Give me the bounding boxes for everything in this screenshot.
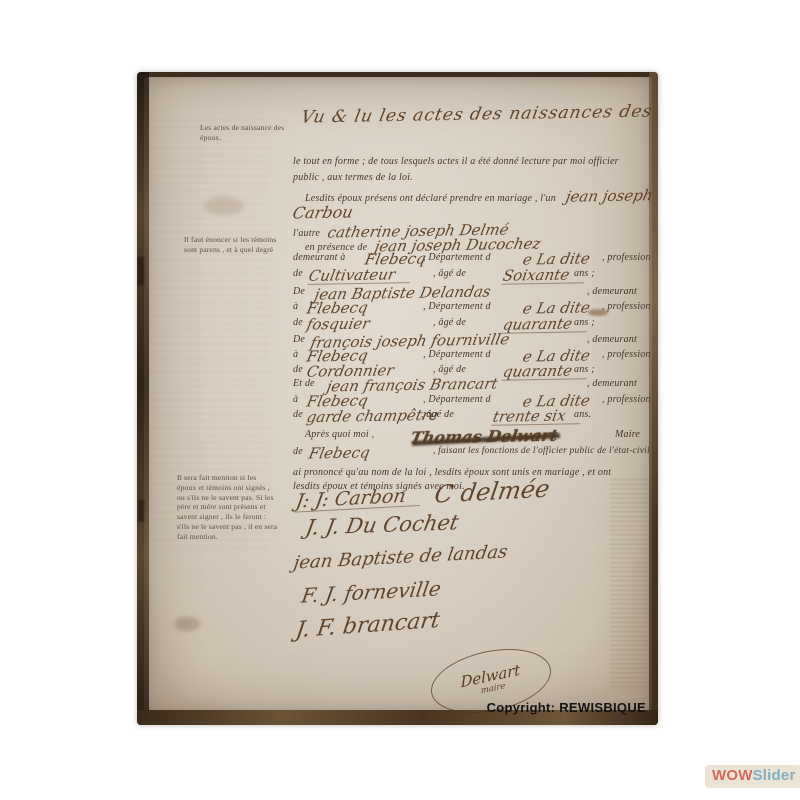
printed-text: de: [293, 268, 303, 281]
handwritten-text: jean Baptiste de landas: [292, 543, 508, 572]
slider-stage: Les actes de naissance desépoux.Il faut …: [0, 0, 800, 800]
paper-stain: [204, 197, 244, 215]
printed-text: de: [293, 446, 303, 459]
document-page: Les actes de naissance desépoux.Il faut …: [144, 77, 652, 713]
printed-text: le tout en forme ; de tous lesquels acte…: [293, 156, 619, 167]
printed-text: , âgé de: [433, 268, 466, 281]
act-line: public , aux termes de la loi.: [293, 167, 655, 182]
inkbleed-right-column: [610, 479, 654, 691]
margin-note: Il faut énoncer si les témoinssont paren…: [184, 235, 296, 255]
printed-text: , profession: [602, 394, 651, 407]
printed-text: Maire: [615, 429, 640, 442]
handwritten-text: J: J: Carbon: [294, 486, 423, 513]
signature: jean Baptiste de landas: [294, 545, 508, 571]
printed-text: , demeurant: [587, 334, 637, 347]
printed-text: de: [293, 409, 303, 422]
handwritten-text: trente six: [491, 408, 583, 426]
printed-text: ans ;: [574, 317, 595, 330]
printed-text: public , aux termes de la loi.: [293, 172, 413, 183]
printed-text: , demeurant: [587, 286, 637, 299]
printed-text: Et de: [293, 378, 315, 391]
printed-text: , Département d: [423, 349, 491, 362]
margin-note: Les actes de naissance desépoux.: [200, 123, 304, 143]
printed-text: , profession: [602, 252, 651, 265]
printed-text: à: [293, 349, 298, 362]
printed-text: , Département d: [423, 394, 491, 407]
margin-note: Il sera fait mention si lesépoux et témo…: [177, 473, 303, 541]
copyright-watermark: Copyright: REWISBIQUE: [487, 701, 646, 714]
handwritten-text: Carbou: [291, 204, 354, 221]
printed-text: , demeurant: [587, 378, 637, 391]
document-photo[interactable]: Les actes de naissance desépoux.Il faut …: [137, 72, 658, 725]
printed-text: Après quoi moi ,: [305, 429, 374, 442]
printed-text: , profession: [602, 349, 651, 362]
printed-text: , âgé de: [421, 409, 454, 422]
act-line: Et dejean françois Brancart, demeurant: [293, 378, 655, 393]
act-line: Après quoi moi ,Thomas DelwartMaire: [293, 429, 655, 444]
act-line: deCultivateur, âgé deSoixanteans ;: [293, 268, 655, 283]
printed-text: ans ;: [574, 364, 595, 377]
act-line: ai prononcé qu'au nom de la loi , lesdit…: [293, 462, 655, 477]
wowslider-slider-text: Slider: [753, 767, 796, 784]
act-line: demeurant àFlebecq, Département de La di…: [293, 252, 655, 267]
page-edge-mark: [137, 257, 144, 285]
handwritten-text: jean joseph: [564, 188, 654, 205]
handwritten-text: Vu & lu les actes des naissances des Épo…: [300, 102, 658, 126]
handwritten-text: J. J. Du Cochet: [304, 512, 460, 538]
printed-text: , Département d: [423, 252, 491, 265]
signature: J. F. brancart: [296, 611, 441, 640]
signature: J. J. Du Cochet: [306, 514, 459, 539]
act-line: Vu & lu les actes des naissances des Épo…: [302, 106, 658, 121]
printed-text: De: [293, 334, 305, 347]
printed-text: demeurant à: [293, 252, 345, 265]
printed-text: de: [293, 364, 303, 377]
printed-text: , Département d: [423, 301, 491, 314]
printed-text: à: [293, 394, 298, 407]
act-line: degarde champêtre, âgé detrente sixans.: [293, 409, 655, 424]
printed-text: de: [293, 317, 303, 330]
act-line: deFlebecq, faisant les fonctions de l'of…: [293, 446, 655, 461]
act-line: en présence dejean joseph Ducochez: [305, 237, 658, 252]
page-edge-mark: [138, 500, 144, 522]
act-line: defosquier, âgé dequaranteans ;: [293, 317, 655, 332]
paper-stain: [174, 617, 200, 631]
signature: F. J. forneville: [302, 580, 441, 607]
act-line: le tout en forme ; de tous lesquels acte…: [293, 151, 655, 166]
printed-text: ans.: [574, 409, 591, 422]
wowslider-watermark[interactable]: WOWSlider: [705, 765, 800, 788]
printed-text: à: [293, 301, 298, 314]
handwritten-text: garde champêtre: [305, 408, 439, 425]
handwritten-text: J. F. brancart: [294, 610, 441, 642]
act-line: Lesdits époux présens ont déclaré prendr…: [305, 188, 658, 203]
printed-text: , profession: [602, 301, 651, 314]
handwritten-text: F. J. forneville: [300, 578, 442, 605]
printed-text: ans ;: [574, 268, 595, 281]
wowslider-wow-text: WOW: [712, 767, 753, 784]
handwritten-text: C delmée: [433, 476, 552, 506]
printed-text: De: [293, 286, 305, 299]
printed-text: , âgé de: [433, 317, 466, 330]
handwritten-text: fosquier: [305, 316, 371, 332]
handwritten-text: Cultivateur: [307, 267, 412, 285]
printed-text: , faisant les fonctions de l'officier pu…: [433, 446, 655, 458]
act-line: Carbou: [293, 205, 655, 220]
act-line: àFlebecq, Département de La dite, profes…: [293, 301, 655, 316]
handwritten-text: Thomas Delwart: [409, 428, 559, 447]
handwritten-text: Flebecq: [307, 445, 371, 461]
